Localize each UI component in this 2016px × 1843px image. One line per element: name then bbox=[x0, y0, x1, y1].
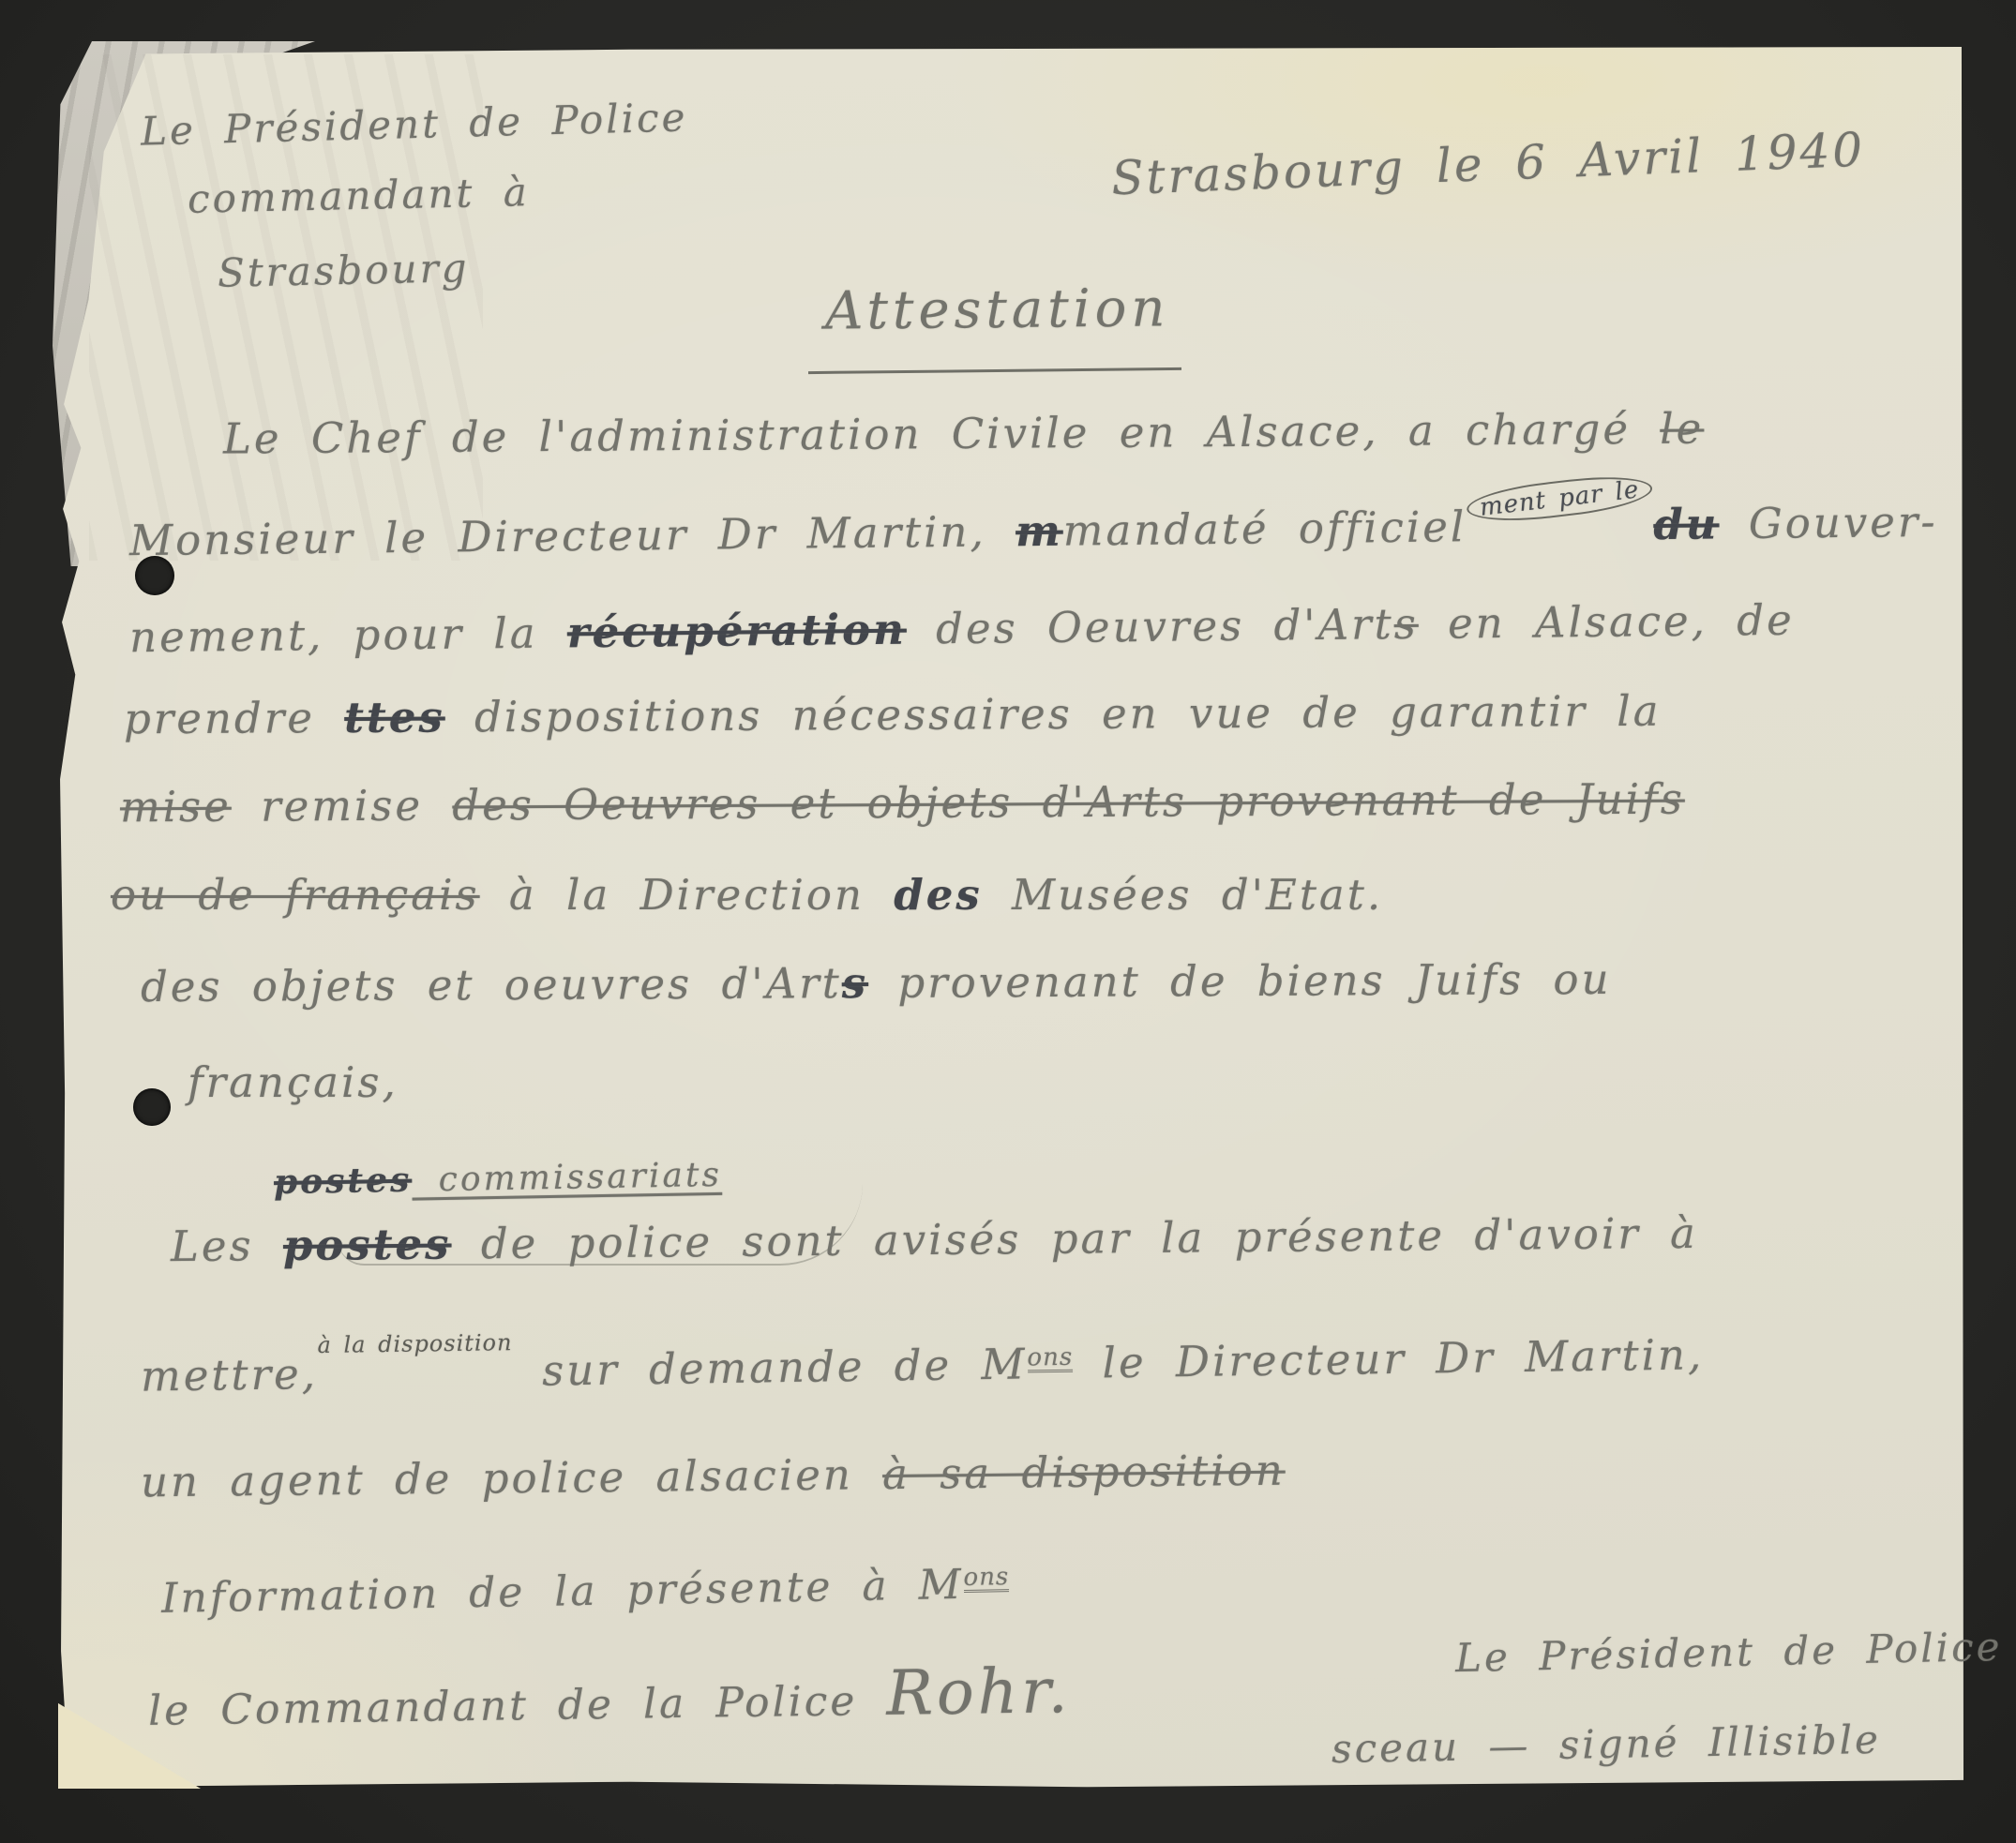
document-title: Attestation bbox=[825, 277, 1170, 341]
text-segment: français, bbox=[188, 1057, 399, 1107]
struck-letter: s bbox=[842, 958, 869, 1008]
text-segment: sur demande de M bbox=[513, 1339, 1028, 1396]
text-segment: nement, pour la bbox=[129, 607, 567, 662]
struck-passage: des Oeuvres et objets d'Arts provenant d… bbox=[452, 774, 1685, 831]
text-segment: Musées d'Etat. bbox=[983, 870, 1383, 920]
text-segment: dispositions nécessaires en vue de garan… bbox=[445, 686, 1662, 742]
text-segment: prendre bbox=[124, 693, 344, 743]
punch-hole-bottom bbox=[133, 1088, 171, 1126]
text-segment: à la Direction bbox=[480, 870, 895, 920]
body-line-7: des objets et oeuvres d'Arts provenant d… bbox=[141, 954, 1612, 1011]
superscript-abbreviation: ons bbox=[1027, 1345, 1073, 1373]
text-segment: Le Chef de l'administration Civile en Al… bbox=[223, 404, 1661, 464]
body-line-4: prendre ttes dispositions nécessaires en… bbox=[124, 686, 1662, 744]
text-segment: Les bbox=[171, 1221, 283, 1271]
overwritten-word: récupération bbox=[567, 605, 908, 658]
text-segment: provenant de biens Juifs ou bbox=[868, 954, 1612, 1008]
text-segment: des Oeuvres d'Art bbox=[907, 599, 1394, 653]
superscript-insertion: à la disposition bbox=[317, 1329, 512, 1358]
overwritten-word: ttes bbox=[344, 692, 445, 742]
struck-word: le bbox=[1660, 403, 1704, 453]
footer-note-line-2: le Commandant de la Police Rohr. bbox=[148, 1655, 1072, 1740]
sender-line-2: commandant à bbox=[188, 169, 531, 222]
text-segment: en Alsace, de bbox=[1419, 595, 1795, 649]
text-segment: des objets et oeuvres d'Art bbox=[141, 958, 842, 1011]
signature-note: sceau — signé Illisible bbox=[1331, 1716, 1882, 1772]
body-line-6: ou de français à la Direction des Musées… bbox=[111, 870, 1383, 920]
struck-word: du bbox=[1653, 499, 1720, 549]
text-segment: le Directeur Dr Martin, bbox=[1073, 1329, 1705, 1387]
text-segment: le Commandant de la Police bbox=[148, 1677, 887, 1735]
body-line-5: mise remise des Oeuvres et objets d'Arts… bbox=[120, 774, 1685, 832]
sender-line-3: Strasbourg bbox=[218, 245, 470, 296]
struck-word: postes bbox=[283, 1219, 452, 1270]
struck-word: m bbox=[1016, 506, 1063, 557]
struck-letter: s bbox=[1393, 599, 1419, 649]
text-segment: Gouver- bbox=[1719, 497, 1938, 548]
text-segment: Monsieur le Directeur Dr Martin, bbox=[129, 506, 1016, 565]
scan-background: Le Président de Police commandant à Stra… bbox=[0, 0, 2016, 1843]
signature-name: Rohr. bbox=[886, 1655, 1072, 1730]
text-segment: mandaté officiel bbox=[1062, 502, 1467, 556]
text-segment: remise bbox=[232, 781, 453, 832]
overwritten-word: des bbox=[894, 870, 982, 920]
body-line-1: Le Chef de l'administration Civile en Al… bbox=[223, 403, 1705, 463]
struck-word: mise bbox=[120, 782, 232, 832]
struck-passage: ou de français bbox=[111, 870, 480, 920]
superscript-abbreviation: ons bbox=[963, 1565, 1009, 1593]
body-line-8: français, bbox=[188, 1057, 399, 1107]
text-segment: un agent de police alsacien bbox=[141, 1449, 883, 1506]
text-segment: mettre, bbox=[141, 1349, 319, 1401]
struck-passage: à sa disposition bbox=[882, 1446, 1286, 1499]
